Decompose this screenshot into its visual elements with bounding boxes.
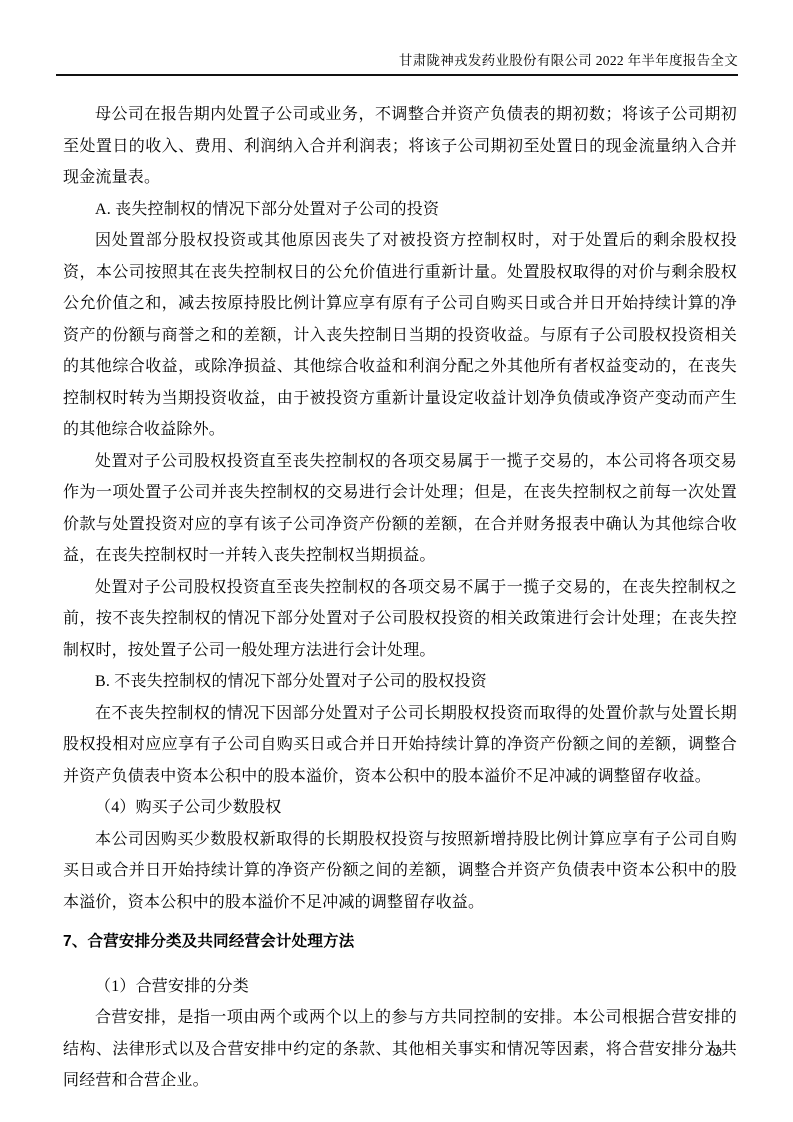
paragraph-jv-classification: 合营安排，是指一项由两个或两个以上的参与方共同控制的安排。本公司根据合营安排的结…	[63, 1002, 737, 1097]
paragraph-parent-disposal: 母公司在报告期内处置子公司或业务，不调整合并资产负债表的期初数；将该子公司期初至…	[63, 99, 737, 194]
paragraph-non-package-deal: 处置对子公司股权投资直至丧失控制权的各项交易不属于一揽子交易的，在丧失控制权之前…	[63, 572, 737, 667]
page-header: 甘肃陇神戎发药业股份有限公司 2022 年半年度报告全文	[56, 0, 738, 76]
label-item-a: A. 丧失控制权的情况下部分处置对子公司的投资	[63, 194, 737, 226]
paragraph-loss-of-control: 因处置部分股权投资或其他原因丧失了对被投资方控制权时，对于处置后的剩余股权投资，…	[63, 225, 737, 446]
report-page: 甘肃陇神戎发药业股份有限公司 2022 年半年度报告全文 母公司在报告期内处置子…	[0, 0, 793, 1122]
document-body: 母公司在报告期内处置子公司或业务，不调整合并资产负债表的期初数；将该子公司期初至…	[63, 99, 737, 1097]
paragraph-partial-disposal: 在不丧失控制权的情况下因部分处置对子公司长期股权投资而取得的处置价款与处置长期股…	[63, 698, 737, 793]
label-item-4: （4）购买子公司少数股权	[63, 792, 737, 824]
page-number: 63	[709, 1044, 723, 1060]
section-heading-7: 7、合营安排分类及共同经营会计处理方法	[63, 926, 737, 958]
report-header-title: 甘肃陇神戎发药业股份有限公司 2022 年半年度报告全文	[399, 49, 738, 69]
label-item-b: B. 不丧失控制权的情况下部分处置对子公司的股权投资	[63, 666, 737, 698]
label-item-1: （1）合营安排的分类	[63, 971, 737, 1003]
paragraph-package-deal: 处置对子公司股权投资直至丧失控制权的各项交易属于一揽子交易的，本公司将各项交易作…	[63, 446, 737, 572]
paragraph-minority-purchase: 本公司因购买少数股权新取得的长期股权投资与按照新增持股比例计算应享有子公司自购买…	[63, 824, 737, 919]
